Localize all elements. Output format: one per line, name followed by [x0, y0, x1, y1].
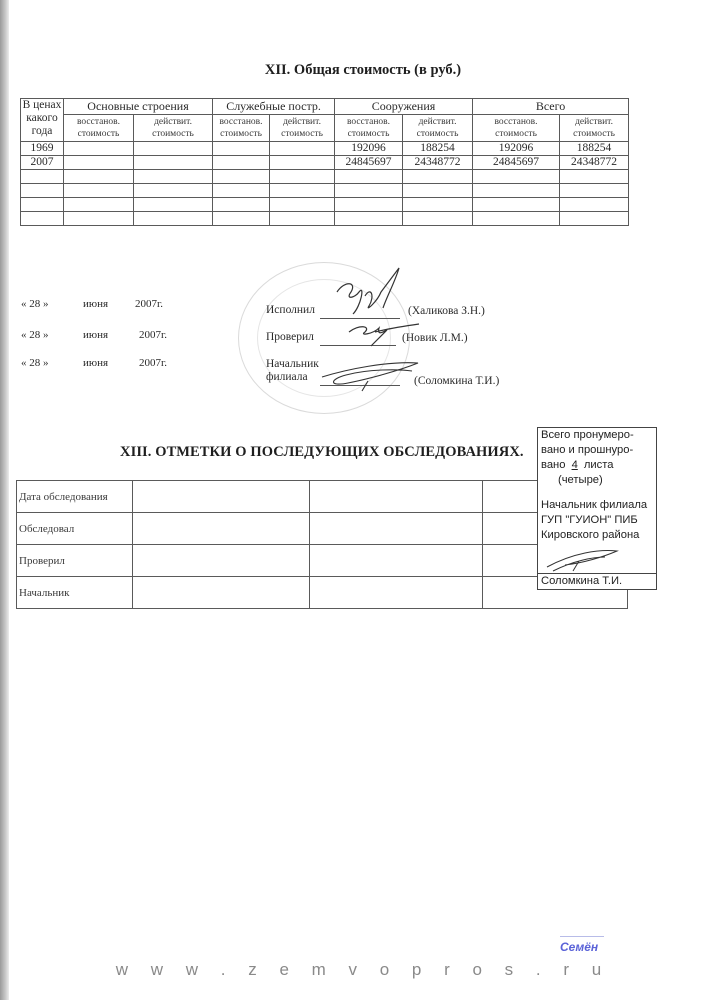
- cost-table-row: [21, 198, 629, 212]
- cost-cell: [560, 198, 629, 212]
- cost-cell: [473, 170, 560, 184]
- survey-entry-cell: [133, 545, 310, 577]
- cost-cell: [134, 198, 213, 212]
- year-column-header: В ценах какого года: [21, 99, 64, 142]
- signature-branch-head: [318, 355, 428, 395]
- cost-cell: [213, 184, 270, 198]
- cost-cell: [270, 156, 335, 170]
- page-count: 4: [569, 459, 581, 471]
- name-executed: (Халикова З.Н.): [408, 305, 485, 317]
- cost-cell: [213, 142, 270, 156]
- cost-cell: [403, 184, 473, 198]
- group-header-service-buildings: Служебные постр.: [213, 99, 335, 115]
- cost-cell: 24348772: [560, 156, 629, 170]
- cost-table-row: [21, 170, 629, 184]
- date-executed: « 28 »июня2007г.: [21, 298, 163, 310]
- section-13-title: XIII. ОТМЕТКИ О ПОСЛЕДУЮЩИХ ОБСЛЕДОВАНИЯ…: [120, 444, 524, 461]
- cost-cell: 24348772: [403, 156, 473, 170]
- cost-cell: [213, 156, 270, 170]
- subcol-actual-cost: действит. стоимость: [403, 115, 473, 142]
- survey-row: Дата обследования: [17, 481, 628, 513]
- cost-cell: [134, 212, 213, 226]
- cost-table-row: 1969192096188254192096188254: [21, 142, 629, 156]
- subcol-replacement-cost: восстанов. стоимость: [335, 115, 403, 142]
- cost-cell: [270, 184, 335, 198]
- cost-cell: [335, 198, 403, 212]
- cost-cell: [335, 170, 403, 184]
- date-approved: « 28 »июня2007г.: [21, 357, 167, 369]
- signature-executed: [325, 262, 415, 324]
- cost-table-row: [21, 184, 629, 198]
- cost-cell: [64, 184, 134, 198]
- cost-table-row: [21, 212, 629, 226]
- survey-row-label: Начальник: [17, 577, 133, 609]
- cost-cell: [473, 184, 560, 198]
- survey-row: Обследовал: [17, 513, 628, 545]
- cost-cell: [270, 142, 335, 156]
- survey-row-label: Обследовал: [17, 513, 133, 545]
- cost-cell: [213, 212, 270, 226]
- year-cell: [21, 184, 64, 198]
- year-cell: [21, 170, 64, 184]
- cost-cell: 192096: [335, 142, 403, 156]
- cost-table-row: 200724845697243487722484569724348772: [21, 156, 629, 170]
- subcol-actual-cost: действит. стоимость: [560, 115, 629, 142]
- blue-ink-stamp: Семён: [560, 940, 598, 954]
- role-branch-head: Начальник филиала: [266, 358, 319, 384]
- cost-cell: [335, 184, 403, 198]
- cost-cell: [64, 170, 134, 184]
- survey-entry-cell: [310, 545, 483, 577]
- cost-cell: 192096: [473, 142, 560, 156]
- survey-entry-cell: [310, 577, 483, 609]
- signature-checked: [345, 318, 425, 348]
- cost-cell: [213, 170, 270, 184]
- cost-cell: 24845697: [473, 156, 560, 170]
- cost-cell: 24845697: [335, 156, 403, 170]
- cost-cell: [134, 170, 213, 184]
- subcol-actual-cost: действит. стоимость: [134, 115, 213, 142]
- cost-cell: 188254: [403, 142, 473, 156]
- cost-cell: [134, 142, 213, 156]
- cost-cell: [64, 142, 134, 156]
- cost-cell: [213, 198, 270, 212]
- subcol-replacement-cost: восстанов. стоимость: [473, 115, 560, 142]
- role-checked: Проверил: [266, 331, 314, 344]
- cost-cell: [335, 212, 403, 226]
- year-cell: 1969: [21, 142, 64, 156]
- subcol-replacement-cost: восстанов. стоимость: [64, 115, 134, 142]
- cost-cell: [560, 170, 629, 184]
- cost-cell: [560, 212, 629, 226]
- subcol-actual-cost: действит. стоимость: [270, 115, 335, 142]
- group-header-main-buildings: Основные строения: [64, 99, 213, 115]
- cost-cell: [64, 212, 134, 226]
- cost-cell: [134, 184, 213, 198]
- survey-row-label: Дата обследования: [17, 481, 133, 513]
- survey-row-label: Проверил: [17, 545, 133, 577]
- survey-row: Проверил: [17, 545, 628, 577]
- date-checked: « 28 »июня2007г.: [21, 329, 167, 341]
- survey-entry-cell: [133, 577, 310, 609]
- cost-cell: 188254: [560, 142, 629, 156]
- cost-cell: [403, 212, 473, 226]
- year-cell: [21, 212, 64, 226]
- survey-entry-cell: [133, 481, 310, 513]
- footer-watermark: w w w . z e m v o p r o s . r u: [0, 960, 726, 980]
- cost-cell: [560, 184, 629, 198]
- section-12-title: XII. Общая стоимость (в руб.): [0, 62, 726, 79]
- cost-cell: [270, 212, 335, 226]
- scan-shadow-edge: [0, 0, 9, 1000]
- cost-cell: [403, 170, 473, 184]
- year-cell: [21, 198, 64, 212]
- survey-entry-cell: [310, 481, 483, 513]
- subcol-replacement-cost: восстанов. стоимость: [213, 115, 270, 142]
- group-header-structures: Сооружения: [335, 99, 473, 115]
- survey-row: Начальник: [17, 577, 628, 609]
- cost-cell: [134, 156, 213, 170]
- cost-cell: [64, 198, 134, 212]
- signature-binding: [543, 543, 623, 573]
- cost-cell: [473, 212, 560, 226]
- cost-cell: [270, 198, 335, 212]
- cost-cell: [64, 156, 134, 170]
- group-header-total: Всего: [473, 99, 629, 115]
- cost-cell: [270, 170, 335, 184]
- total-cost-table: В ценах какого года Основные строения Сл…: [20, 98, 629, 226]
- cost-cell: [473, 198, 560, 212]
- binding-certification-box: Всего пронумеро- вано и прошнуро- вано 4…: [537, 427, 657, 590]
- year-cell: 2007: [21, 156, 64, 170]
- role-executed: Исполнил: [266, 304, 315, 317]
- cost-cell: [403, 198, 473, 212]
- survey-entry-cell: [310, 513, 483, 545]
- survey-entry-cell: [133, 513, 310, 545]
